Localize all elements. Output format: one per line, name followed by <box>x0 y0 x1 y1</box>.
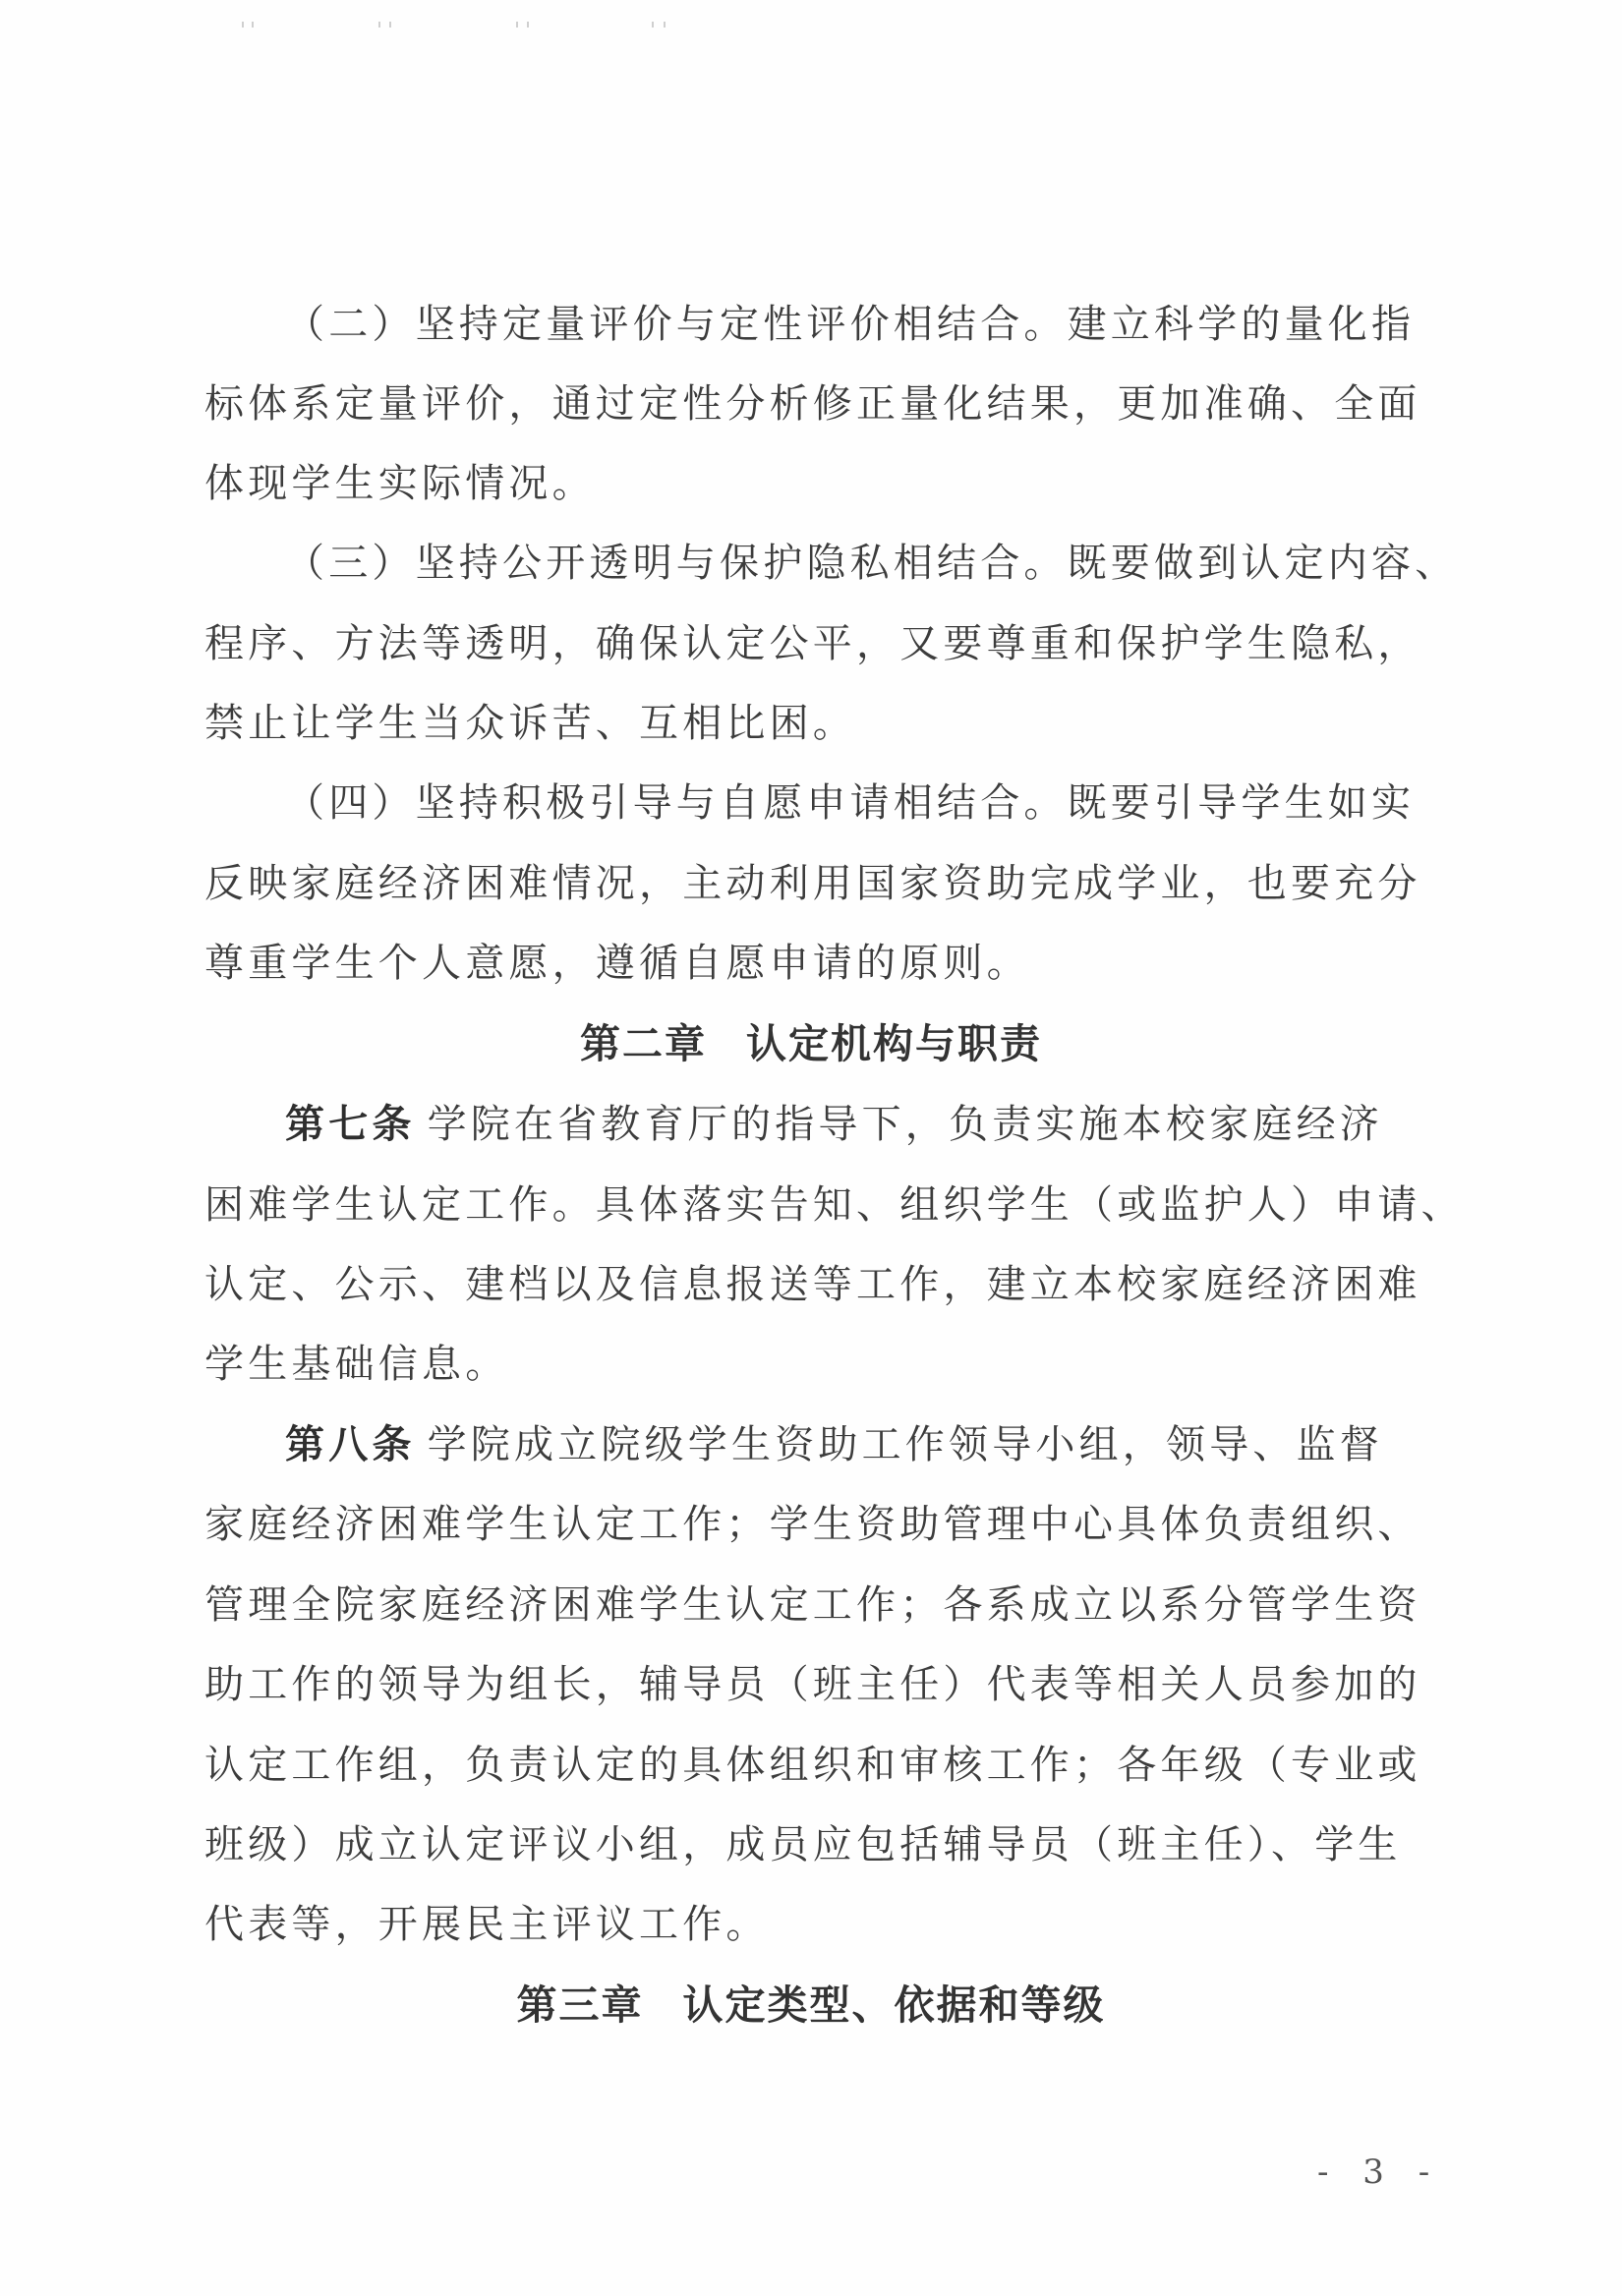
scan-mark <box>242 22 244 28</box>
article-text: 学院在省教育厅的指导下，负责实施本校家庭经济 <box>428 1102 1383 1147</box>
text-line: 禁止让学生当众诉苦、互相比困。 <box>204 696 1404 751</box>
text-line: 第七条学院在省教育厅的指导下，负责实施本校家庭经济 <box>285 1097 1406 1152</box>
chapter-title: 认定类型、依据和等级 <box>683 1981 1106 2029</box>
chapter-2-heading: 第二章认定机构与职责 <box>0 1016 1622 1071</box>
scan-mark <box>527 22 529 28</box>
text-line: 助工作的领导为组长，辅导员（班主任）代表等相关人员参加的 <box>204 1657 1404 1712</box>
scan-mark <box>516 22 518 28</box>
chapter-number: 第三章 <box>517 1981 644 2029</box>
scan-mark <box>664 22 666 28</box>
text-line: 第八条学院成立院级学生资助工作领导小组，领导、监督 <box>285 1417 1406 1472</box>
article-label: 第八条 <box>285 1422 416 1467</box>
text-line: 认定工作组，负责认定的具体组织和审核工作；各年级（专业或 <box>204 1738 1404 1793</box>
chapter-title: 认定机构与职责 <box>746 1020 1042 1067</box>
text-line: （二）坚持定量评价与定性评价相结合。建立科学的量化指 <box>285 297 1406 352</box>
text-line: 程序、方法等透明，确保认定公平，又要尊重和保护学生隐私， <box>204 616 1404 671</box>
text-line: （三）坚持公开透明与保护隐私相结合。既要做到认定内容、 <box>285 536 1406 591</box>
chapter-3-heading: 第三章认定类型、依据和等级 <box>0 1978 1622 2033</box>
text-line: 标体系定量评价，通过定性分析修正量化结果，更加准确、全面 <box>204 376 1404 431</box>
article-label: 第七条 <box>285 1102 416 1147</box>
page-number: - 3 - <box>1317 2151 1455 2194</box>
scan-artifacts <box>0 22 1622 31</box>
article-text: 学院成立院级学生资助工作领导小组，领导、监督 <box>428 1422 1383 1467</box>
text-line: 反映家庭经济困难情况，主动利用国家资助完成学业，也要充分 <box>204 856 1404 911</box>
text-line: （四）坚持积极引导与自愿申请相结合。既要引导学生如实 <box>285 775 1406 831</box>
text-line: 认定、公示、建档以及信息报送等工作，建立本校家庭经济困难 <box>204 1257 1404 1312</box>
text-line: 尊重学生个人意愿，遵循自愿申请的原则。 <box>204 936 1404 991</box>
scan-mark <box>389 22 391 28</box>
scan-mark <box>378 22 380 28</box>
text-line: 家庭经济困难学生认定工作；学生资助管理中心具体负责组织、 <box>204 1497 1404 1552</box>
document-page: （二）坚持定量评价与定性评价相结合。建立科学的量化指 标体系定量评价，通过定性分… <box>0 0 1622 2296</box>
text-line: 体现学生实际情况。 <box>204 456 1404 511</box>
scan-mark <box>252 22 254 28</box>
text-line: 困难学生认定工作。具体落实告知、组织学生（或监护人）申请、 <box>204 1177 1404 1233</box>
text-line: 班级）成立认定评议小组，成员应包括辅导员（班主任）、学生 <box>204 1817 1404 1872</box>
text-line: 代表等，开展民主评议工作。 <box>204 1897 1404 1952</box>
text-line: 管理全院家庭经济困难学生认定工作；各系成立以系分管学生资 <box>204 1578 1404 1633</box>
chapter-number: 第二章 <box>580 1020 707 1067</box>
scan-mark <box>652 22 654 28</box>
text-line: 学生基础信息。 <box>204 1337 1404 1392</box>
